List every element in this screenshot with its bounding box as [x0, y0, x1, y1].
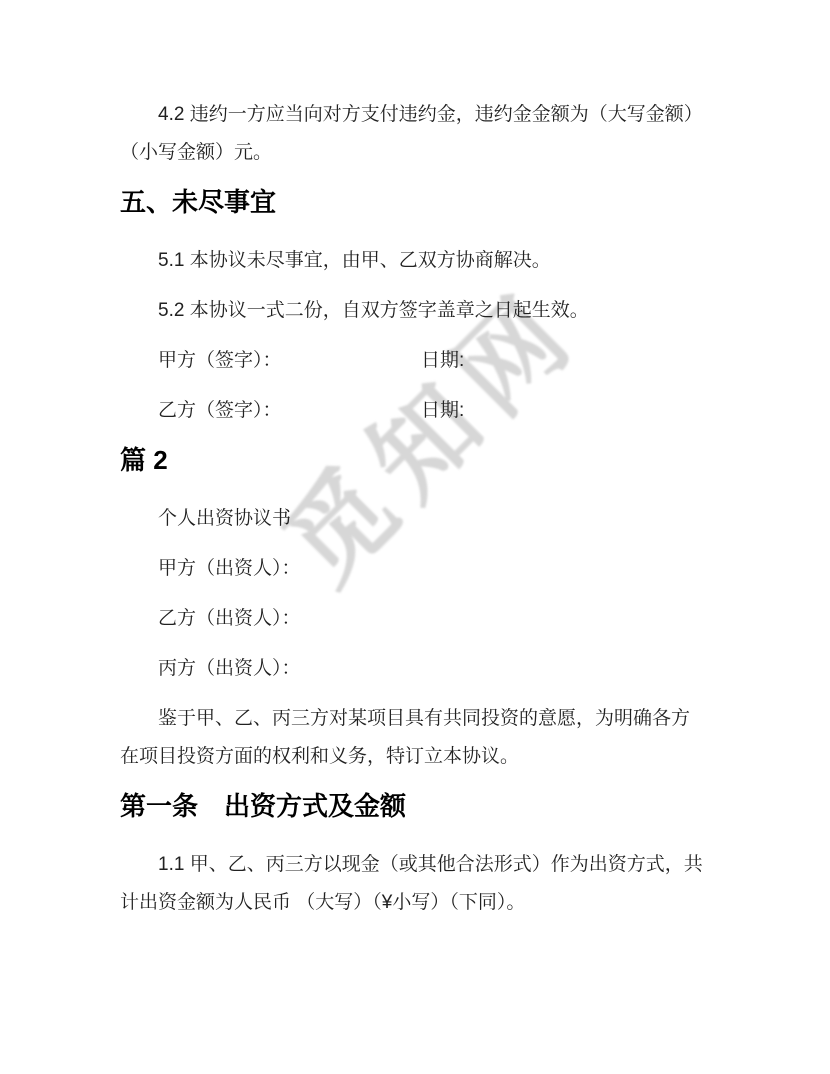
section-heading: 五、未尽事宜 — [120, 184, 714, 220]
paragraph: 个人出资协议书 — [120, 500, 714, 538]
text-line: 4.2 违约一方应当向对方支付违约金，违约金金额为（大写金额） — [120, 96, 714, 134]
text-line: 5.2 本协议一式二份，自双方签字盖章之日起生效。 — [120, 292, 714, 330]
document-content: 4.2 违约一方应当向对方支付违约金，违约金金额为（大写金额）（小写金额）元。五… — [120, 96, 714, 934]
signature-label: 乙方（签字）： — [158, 392, 421, 430]
text-line: 1.1 甲、乙、丙三方以现金（或其他合法形式）作为出资方式，共 — [120, 846, 714, 884]
text-line: 5.1 本协议未尽事宜，由甲、乙双方协商解决。 — [120, 242, 714, 280]
signature-label: 甲方（签字）： — [158, 342, 421, 380]
paragraph: 甲方（出资人）： — [120, 550, 714, 588]
text-line: 乙方（出资人）： — [120, 600, 714, 638]
date-label: 日期: — [421, 400, 464, 421]
text-line: 鉴于甲、乙、丙三方对某项目具有共同投资的意愿，为明确各方 — [120, 700, 714, 738]
text-line: 甲方（出资人）： — [120, 550, 714, 588]
paragraph: 5.1 本协议未尽事宜，由甲、乙双方协商解决。 — [120, 242, 714, 280]
section-heading: 篇 2 — [120, 442, 714, 478]
paragraph: 乙方（出资人）： — [120, 600, 714, 638]
document-page: 觅知网 4.2 违约一方应当向对方支付违约金，违约金金额为（大写金额）（小写金额… — [0, 0, 830, 1074]
signature-row: 甲方（签字）：日期: — [120, 342, 714, 380]
paragraph: 4.2 违约一方应当向对方支付违约金，违约金金额为（大写金额）（小写金额）元。 — [120, 96, 714, 172]
date-label: 日期: — [421, 350, 464, 371]
paragraph: 1.1 甲、乙、丙三方以现金（或其他合法形式）作为出资方式，共计出资金额为人民币… — [120, 846, 714, 922]
text-line: 在项目投资方面的权利和义务，特订立本协议。 — [120, 738, 714, 776]
paragraph: 丙方（出资人）： — [120, 650, 714, 688]
paragraph: 鉴于甲、乙、丙三方对某项目具有共同投资的意愿，为明确各方在项目投资方面的权利和义… — [120, 700, 714, 776]
text-line: 丙方（出资人）： — [120, 650, 714, 688]
signature-row: 乙方（签字）：日期: — [120, 392, 714, 430]
paragraph: 5.2 本协议一式二份，自双方签字盖章之日起生效。 — [120, 292, 714, 330]
text-line: 计出资金额为人民币 （大写）（¥小写）（下同）。 — [120, 884, 714, 922]
section-heading: 第一条 出资方式及金额 — [120, 788, 714, 824]
text-line: 个人出资协议书 — [120, 500, 714, 538]
text-line: （小写金额）元。 — [120, 134, 714, 172]
